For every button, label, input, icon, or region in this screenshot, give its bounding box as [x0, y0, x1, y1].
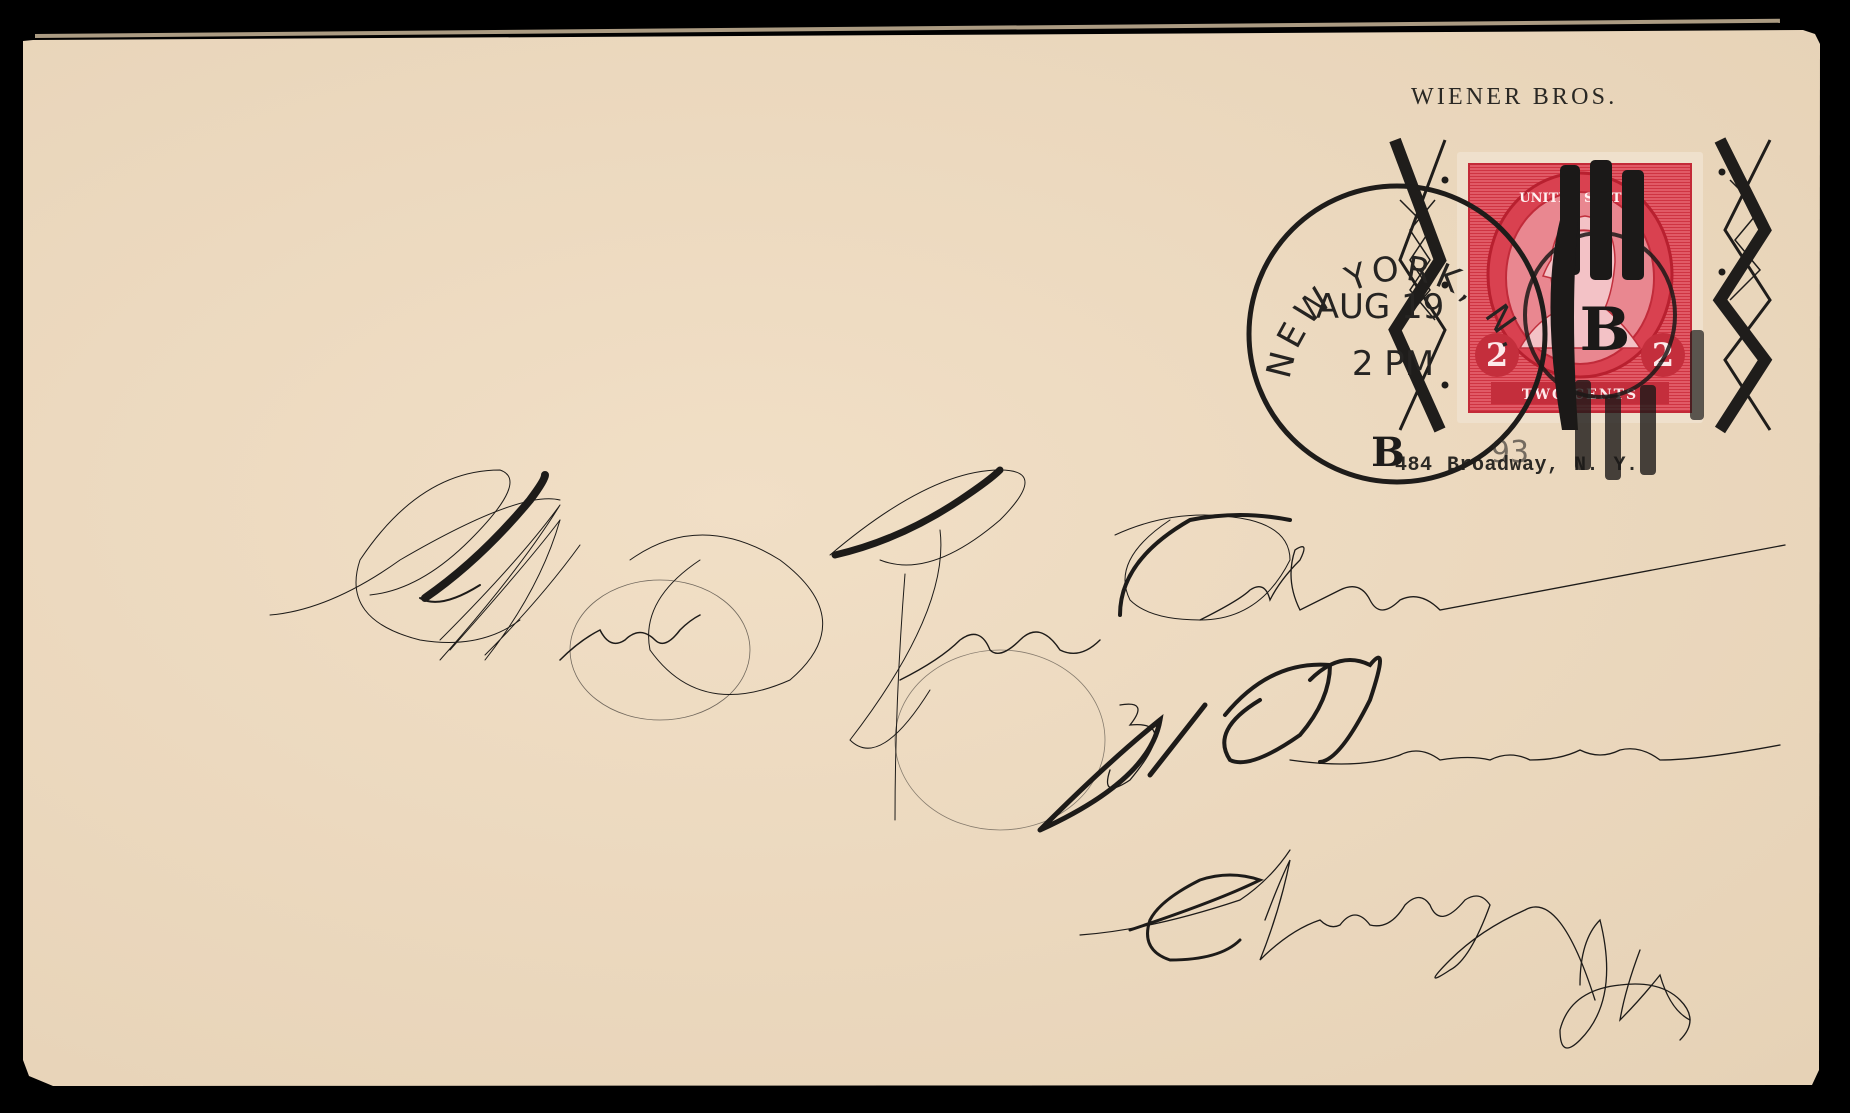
stamp-denomination-text: TWO CENTS: [1522, 387, 1638, 403]
stamp-numeral-right: 2: [1652, 336, 1674, 374]
stamp-numeral-left: 2: [1486, 336, 1508, 374]
corner-card-address: 484 Broadway, N. Y.: [1395, 454, 1639, 477]
corner-card-firm-name: WIENER BROS.: [1411, 84, 1617, 111]
postage-stamp: UNITED STATES 2 2 TWO CENTS: [1455, 150, 1705, 425]
stamp-country-text: UNITED STATES: [1519, 191, 1640, 206]
